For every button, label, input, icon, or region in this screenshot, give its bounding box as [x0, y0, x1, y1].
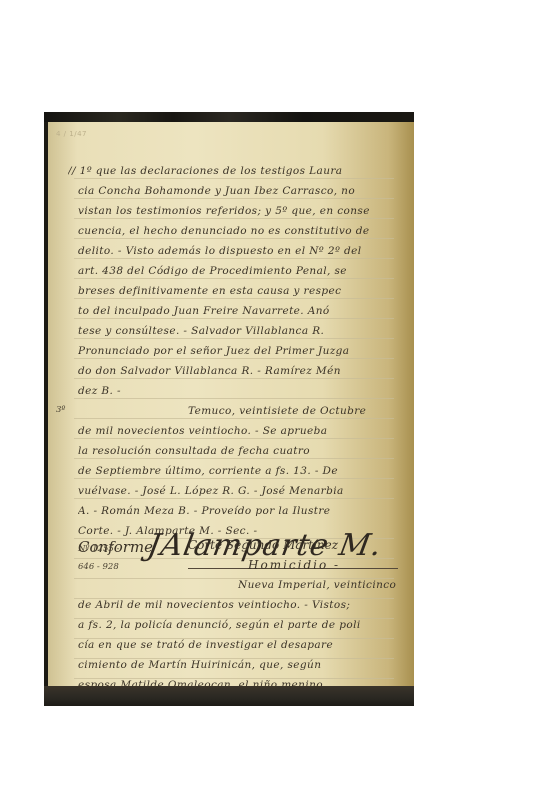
ruled-line	[74, 598, 394, 599]
document-photograph: 4 / 1/47 // 1º que las declaraciones de …	[44, 112, 414, 706]
scanner-bottom-edge	[44, 686, 414, 706]
ruled-line	[74, 678, 394, 679]
text-line: de Septiembre último, corriente a fs. 13…	[78, 462, 398, 481]
text-line: Pronunciado por el señor Juez del Primer…	[78, 342, 398, 361]
ruled-line	[74, 638, 394, 639]
handwritten-page: 4 / 1/47 // 1º que las declaraciones de …	[48, 122, 414, 686]
text-line: tese y consúltese. - Salvador Villablanc…	[78, 322, 398, 341]
margin-label: 3º	[56, 405, 65, 415]
text-line: // 1º que las declaraciones de los testi…	[68, 162, 388, 181]
text-line: delito. - Visto además lo dispuesto en e…	[78, 242, 398, 261]
ruled-line	[74, 558, 394, 559]
text-line: to del inculpado Juan Freire Navarrete. …	[78, 302, 398, 321]
text-line: do don Salvador Villablanca R. - Ramírez…	[78, 362, 398, 381]
text-line: la resolución consultada de fecha cuatro	[78, 442, 398, 461]
ruled-line	[74, 538, 394, 539]
text-line: vistan los testimonios referidos; y 5º q…	[78, 202, 398, 221]
archive-mark: 4 / 1/47	[56, 130, 87, 138]
text-line: cuencia, el hecho denunciado no es const…	[78, 222, 398, 241]
text-line: dez B. -	[78, 382, 398, 401]
text-line: breses definitivamente en esta causa y r…	[78, 282, 398, 301]
ruled-line	[74, 498, 394, 499]
scanner-top-edge	[44, 112, 414, 122]
text-line: cia Concha Bohamonde y Juan Ibez Carrasc…	[78, 182, 398, 201]
ruled-line	[74, 658, 394, 659]
ruled-line	[74, 618, 394, 619]
text-line: art. 438 del Código de Procedimiento Pen…	[78, 262, 398, 281]
text-line: Temuco, veintisiete de Octubre	[188, 402, 398, 421]
ruled-line	[74, 578, 394, 579]
text-line: de mil novecientos veintiocho. - Se apru…	[78, 422, 398, 441]
